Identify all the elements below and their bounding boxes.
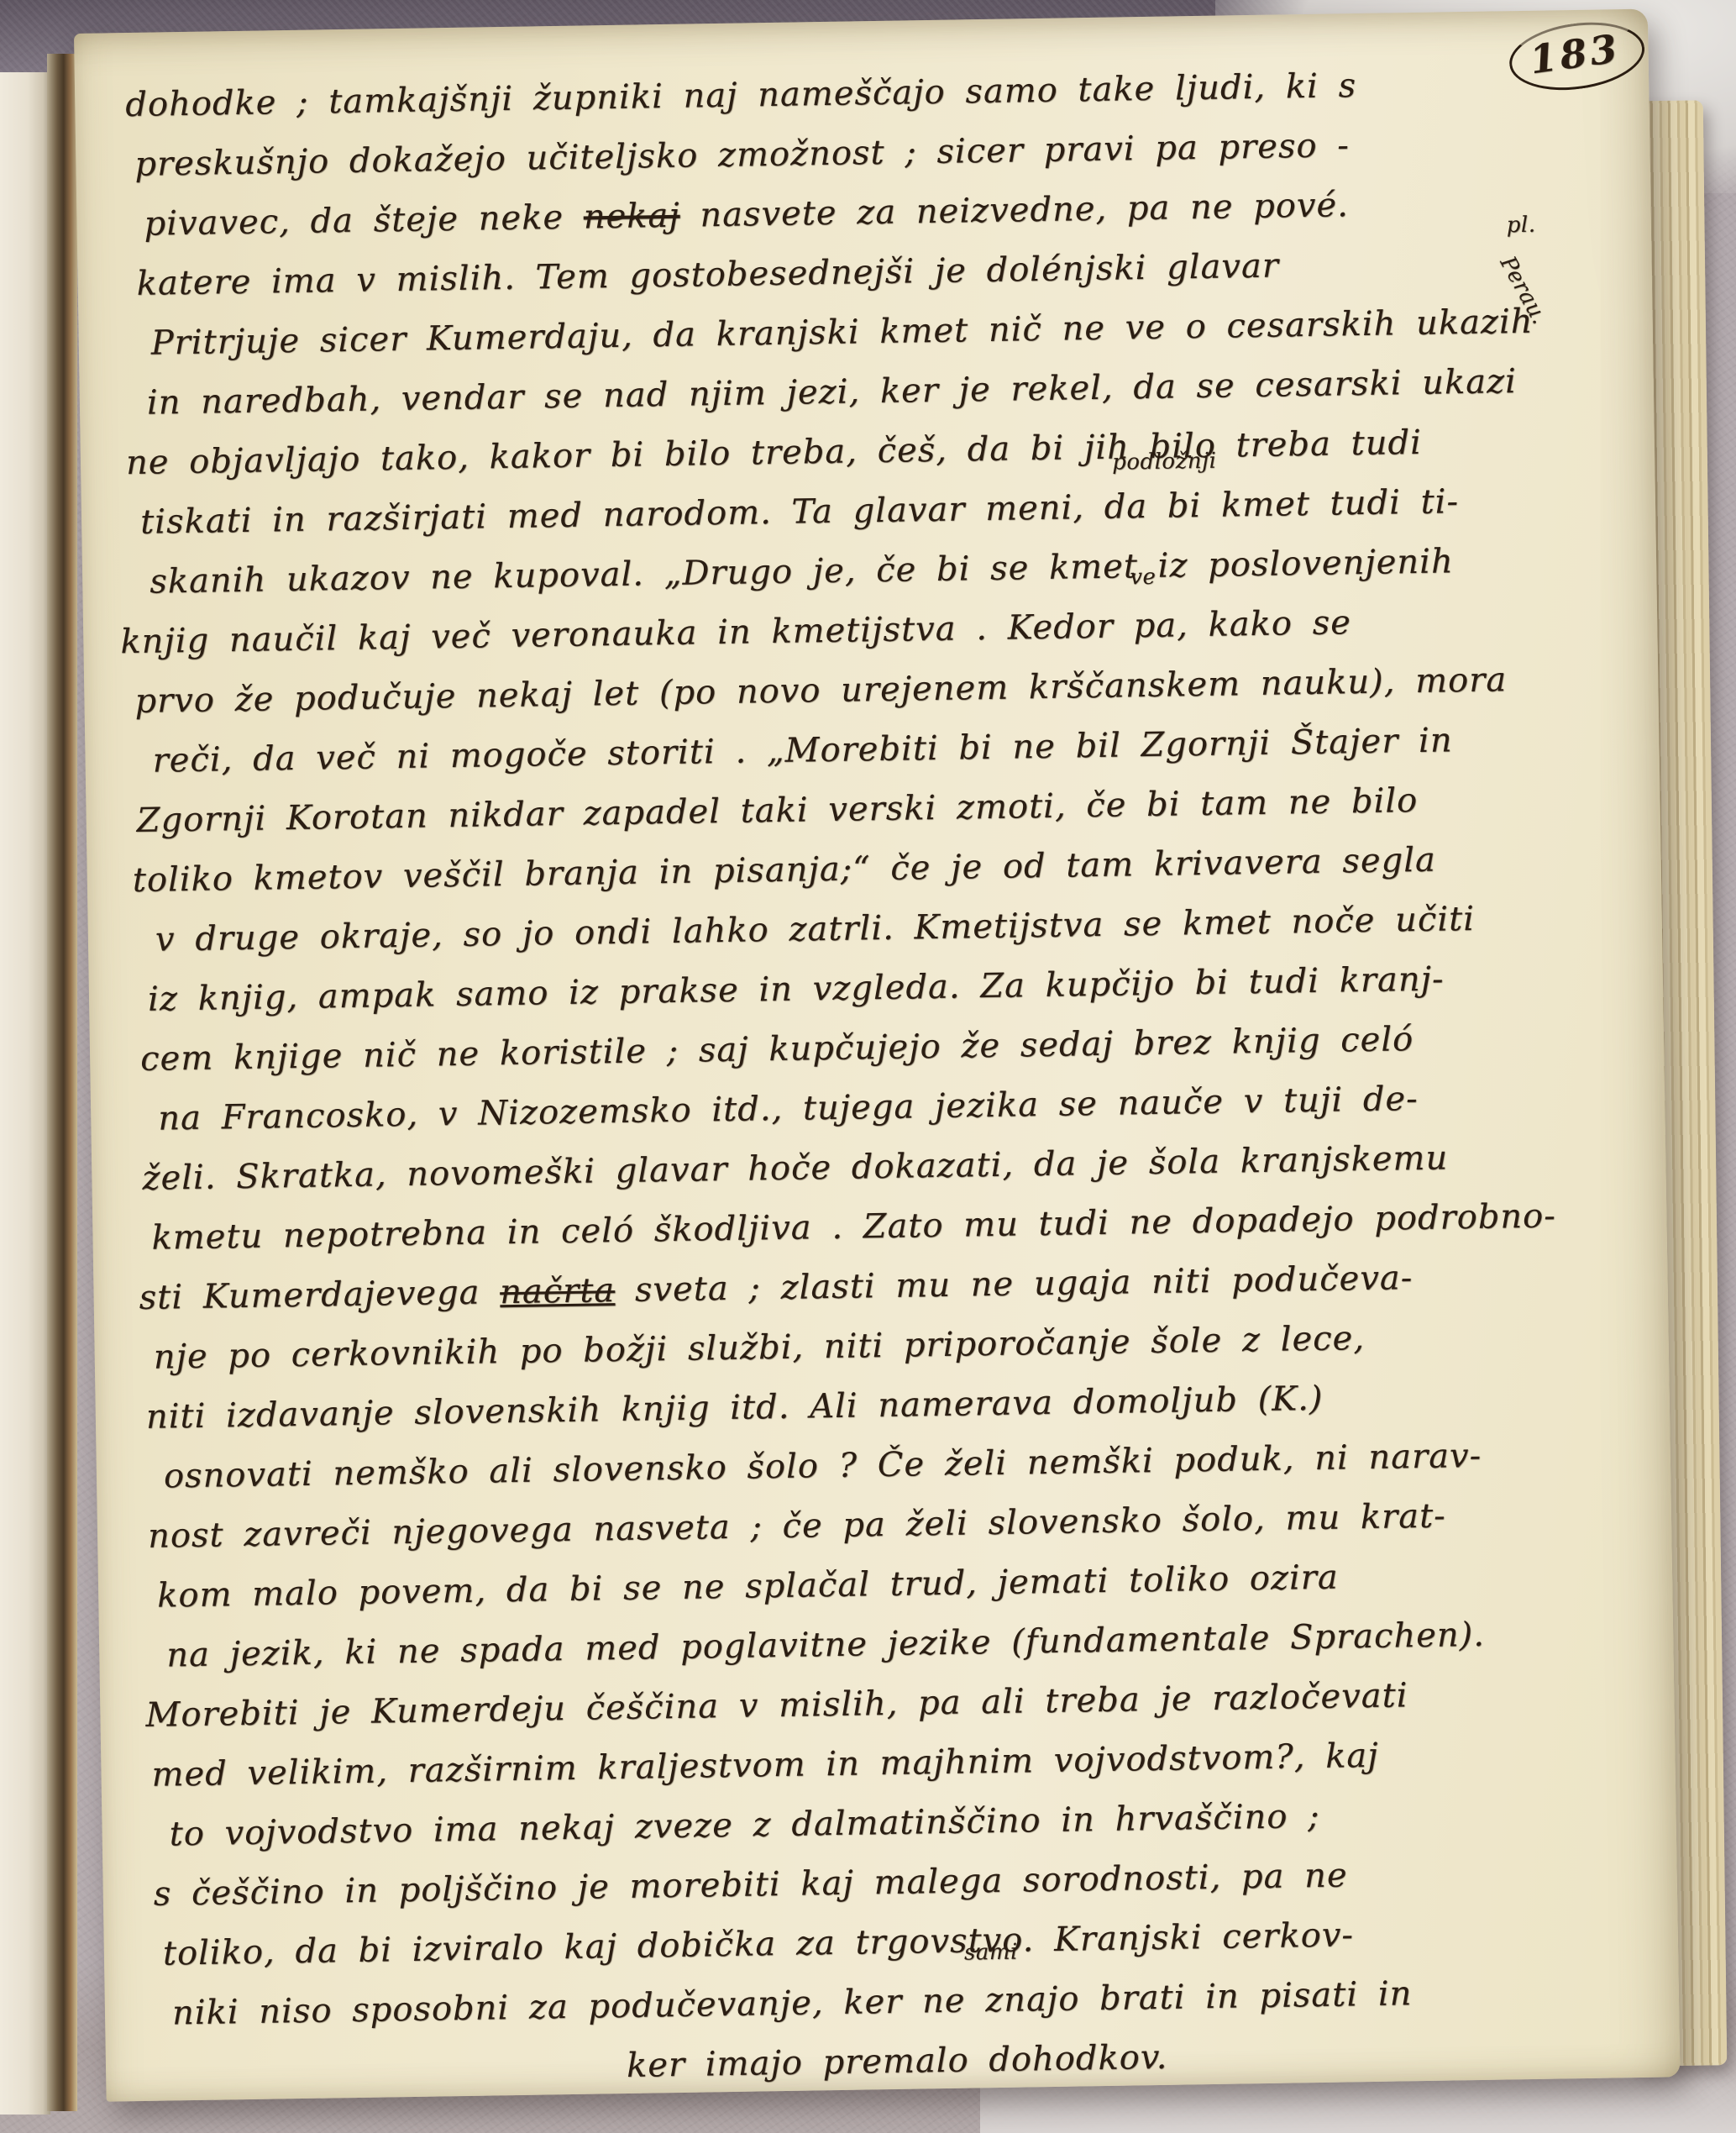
line-text: sveta ; zlasti mu ne ugaja niti podučeva… [615,1258,1413,1310]
struck-word: načrta [500,1271,616,1311]
photo-of-manuscript: 183 pl. Perau. podložnji ve sami dohodke… [0,0,1736,2133]
handwriting-block: 183 pl. Perau. podložnji ve sami dohodke… [124,34,1646,2089]
handwriting-lines: dohodke ; tamkajšnji župniki naj namešča… [125,52,1647,2104]
line-text: sti Kumerdajevega [139,1273,500,1317]
facing-page-edge [0,72,50,2115]
line-text: pivavec, da šteje neke [144,197,584,243]
manuscript-page: 183 pl. Perau. podložnji ve sami dohodke… [74,9,1680,2102]
book-gutter [47,54,77,2111]
struck-word: nekaj [583,197,680,237]
line-text: nasvete za neizvedne, pa ne pové. [679,186,1349,235]
